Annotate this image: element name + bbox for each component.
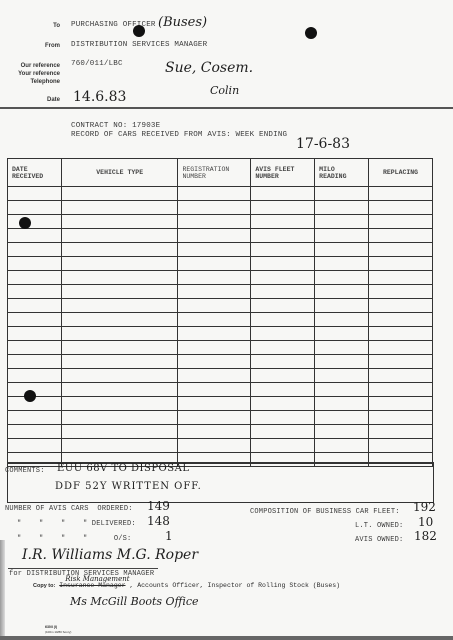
table-cell (315, 285, 369, 299)
ordered-label: NUMBER OF AVIS CARS ORDERED: (5, 505, 133, 513)
table-cell (315, 369, 369, 383)
table-cell (315, 397, 369, 411)
table-cell (178, 341, 251, 355)
table-cell (251, 397, 315, 411)
table-cell (8, 355, 62, 369)
copy-to-line: Copy to: Insurance Manager Risk Manageme… (33, 582, 340, 589)
table-cell (315, 313, 369, 327)
table-cell (61, 201, 178, 215)
lt-owned-label: L.T. OWNED: (355, 522, 403, 530)
handwritten-note-colin: Colin (210, 84, 239, 97)
table-cell (61, 355, 178, 369)
table-row (8, 327, 433, 341)
table-cell (8, 271, 62, 285)
table-row (8, 299, 433, 313)
handwritten-note-names: Sue, Cosem. (165, 60, 253, 76)
table-row (8, 397, 433, 411)
copy-struck-text: Insurance Manager (59, 582, 125, 589)
table-cell (178, 355, 251, 369)
table-row (8, 229, 433, 243)
comment-line-1: EUU 68V TO DISPOSAL (57, 463, 189, 474)
table-cell (369, 355, 433, 369)
form-print: (100m 10/80 Sovry) (45, 630, 71, 634)
table-cell (315, 201, 369, 215)
cars-received-table: DATERECEIVED VEHICLE TYPE REGISTRATIONNU… (7, 158, 433, 467)
table-cell (8, 285, 62, 299)
table-cell (61, 411, 178, 425)
table-cell (61, 397, 178, 411)
table-cell (178, 425, 251, 439)
table-row (8, 215, 433, 229)
table-cell (61, 327, 178, 341)
table-row (8, 243, 433, 257)
fleet-label: COMPOSITION OF BUSINESS CAR FLEET: (250, 508, 400, 516)
header-registration-number: REGISTRATIONNUMBER (178, 159, 251, 187)
table-cell (8, 341, 62, 355)
scan-edge-shadow (0, 540, 5, 640)
table-cell (315, 411, 369, 425)
table-cell (8, 187, 62, 201)
ordered-value: 149 (147, 499, 170, 513)
table-cell (251, 299, 315, 313)
table-row (8, 383, 433, 397)
table-cell (315, 243, 369, 257)
table-cell (251, 369, 315, 383)
table-cell (61, 271, 178, 285)
header-vehicle-type: VEHICLE TYPE (61, 159, 178, 187)
table-row (8, 257, 433, 271)
table-cell (315, 187, 369, 201)
os-value: 1 (165, 529, 173, 543)
lt-owned-value: 10 (418, 515, 433, 529)
table-cell (178, 299, 251, 313)
table-row (8, 411, 433, 425)
table-row (8, 355, 433, 369)
form-code: 630/I (I) (45, 625, 57, 629)
table-cell (8, 201, 62, 215)
table-cell (8, 439, 62, 453)
contract-number: CONTRACT NO: 17903E (71, 122, 160, 130)
table-cell (251, 383, 315, 397)
table-cell (61, 299, 178, 313)
table-cell (251, 285, 315, 299)
header-date-received: DATERECEIVED (8, 159, 62, 187)
table-cell (61, 369, 178, 383)
record-title: RECORD OF CARS RECEIVED FROM AVIS: WEEK … (71, 131, 287, 139)
week-ending-date: 17-6-83 (296, 136, 350, 152)
punch-hole-icon (133, 25, 145, 37)
table-cell (315, 355, 369, 369)
to-handwritten: (Buses) (158, 15, 207, 30)
copy-to-label: Copy to: (33, 583, 55, 589)
table-cell (251, 439, 315, 453)
table-cell (369, 299, 433, 313)
table-cell (8, 369, 62, 383)
table-cell (178, 411, 251, 425)
table-cell (251, 313, 315, 327)
table-cell (178, 313, 251, 327)
table-cell (369, 201, 433, 215)
copy-inserted-text: Risk Management (65, 575, 129, 583)
table-cell (178, 243, 251, 257)
table-cell (315, 229, 369, 243)
table-cell (315, 425, 369, 439)
punch-hole-icon (24, 390, 36, 402)
table-cell (251, 271, 315, 285)
table-cell (61, 187, 178, 201)
table-cell (251, 187, 315, 201)
table-header-row: DATERECEIVED VEHICLE TYPE REGISTRATIONNU… (8, 159, 433, 187)
avis-owned-label: AVIS OWNED: (355, 536, 403, 544)
table-cell (315, 439, 369, 453)
table-cell (251, 201, 315, 215)
table-cell (251, 327, 315, 341)
table-cell (315, 271, 369, 285)
table-cell (369, 327, 433, 341)
table-cell (8, 411, 62, 425)
table-cell (369, 271, 433, 285)
fleet-value: 192 (413, 500, 436, 514)
table-cell (178, 257, 251, 271)
comment-line-2: DDF 52Y WRITTEN OFF. (55, 481, 202, 492)
date-value: 14.6.83 (73, 89, 126, 105)
os-label: " " " " O/S: (17, 535, 131, 543)
table-row (8, 313, 433, 327)
table-cell (369, 187, 433, 201)
our-reference-label: Our reference (0, 63, 60, 69)
table-cell (315, 341, 369, 355)
table-cell (61, 439, 178, 453)
table-cell (315, 257, 369, 271)
table-cell (61, 313, 178, 327)
table-cell (61, 425, 178, 439)
table-cell (178, 383, 251, 397)
handwritten-copy: Ms McGill Boots Office (70, 595, 199, 608)
table-row (8, 341, 433, 355)
table-cell (8, 229, 62, 243)
table-cell (251, 355, 315, 369)
table-cell (178, 215, 251, 229)
from-value: DISTRIBUTION SERVICES MANAGER (71, 41, 207, 49)
table-cell (178, 271, 251, 285)
table-row (8, 425, 433, 439)
table-cell (369, 257, 433, 271)
table-cell (178, 439, 251, 453)
table-cell (61, 341, 178, 355)
from-label: From (0, 43, 60, 49)
our-reference-value: 760/011/LBC (71, 60, 123, 68)
table-cell (369, 397, 433, 411)
table-cell (251, 411, 315, 425)
table-cell (315, 383, 369, 397)
your-reference-label: Your reference (0, 71, 60, 77)
date-label: Date (0, 97, 60, 103)
table-row (8, 271, 433, 285)
table-row (8, 285, 433, 299)
table-row (8, 187, 433, 201)
table-cell (8, 299, 62, 313)
delivered-label: " " " " DELIVERED: (17, 520, 136, 528)
table-cell (178, 369, 251, 383)
header-avis-fleet-number: AVIS FLEETNUMBER (251, 159, 315, 187)
table-row (8, 439, 433, 453)
table-cell (61, 383, 178, 397)
signature: I.R. Williams M.G. Roper (22, 547, 198, 563)
table-cell (61, 229, 178, 243)
punch-hole-icon (19, 217, 31, 229)
table-cell (369, 285, 433, 299)
table-row (8, 201, 433, 215)
table-cell (178, 187, 251, 201)
table-row (8, 369, 433, 383)
table-cell (369, 411, 433, 425)
table-cell (369, 215, 433, 229)
copy-recipients: , Accounts Officer, Inspector of Rolling… (129, 582, 340, 589)
table-cell (8, 425, 62, 439)
table-cell (251, 341, 315, 355)
table-cell (251, 425, 315, 439)
table-cell (315, 299, 369, 313)
table-cell (61, 257, 178, 271)
header-milo-reading: MILOREADING (315, 159, 369, 187)
table-cell (369, 439, 433, 453)
scan-bottom-edge (0, 636, 453, 640)
table-cell (369, 229, 433, 243)
table-cell (61, 243, 178, 257)
table-cell (61, 215, 178, 229)
table-cell (369, 369, 433, 383)
table-cell (251, 229, 315, 243)
table-cell (8, 327, 62, 341)
to-label: To (0, 23, 60, 29)
table-cell (315, 215, 369, 229)
table-cell (178, 285, 251, 299)
punch-hole-icon (305, 27, 317, 39)
table-cell (315, 327, 369, 341)
table-cell (251, 257, 315, 271)
table-cell (369, 313, 433, 327)
table-cell (8, 215, 62, 229)
signature-line (8, 568, 158, 569)
table-cell (369, 425, 433, 439)
table-cell (369, 383, 433, 397)
table-cell (178, 397, 251, 411)
table-cell (61, 285, 178, 299)
table-cell (369, 341, 433, 355)
table-cell (8, 243, 62, 257)
header-divider (0, 107, 453, 109)
table-cell (178, 201, 251, 215)
table-cell (251, 215, 315, 229)
comments-label: COMMENTS: (5, 467, 45, 475)
delivered-value: 148 (147, 514, 170, 528)
table-cell (8, 257, 62, 271)
table-cell (8, 313, 62, 327)
table-cell (178, 229, 251, 243)
header-replacing: REPLACING (369, 159, 433, 187)
table-cell (251, 243, 315, 257)
telephone-label: Telephone (0, 79, 60, 85)
avis-owned-value: 182 (414, 529, 437, 543)
table-cell (178, 327, 251, 341)
table-cell (369, 243, 433, 257)
